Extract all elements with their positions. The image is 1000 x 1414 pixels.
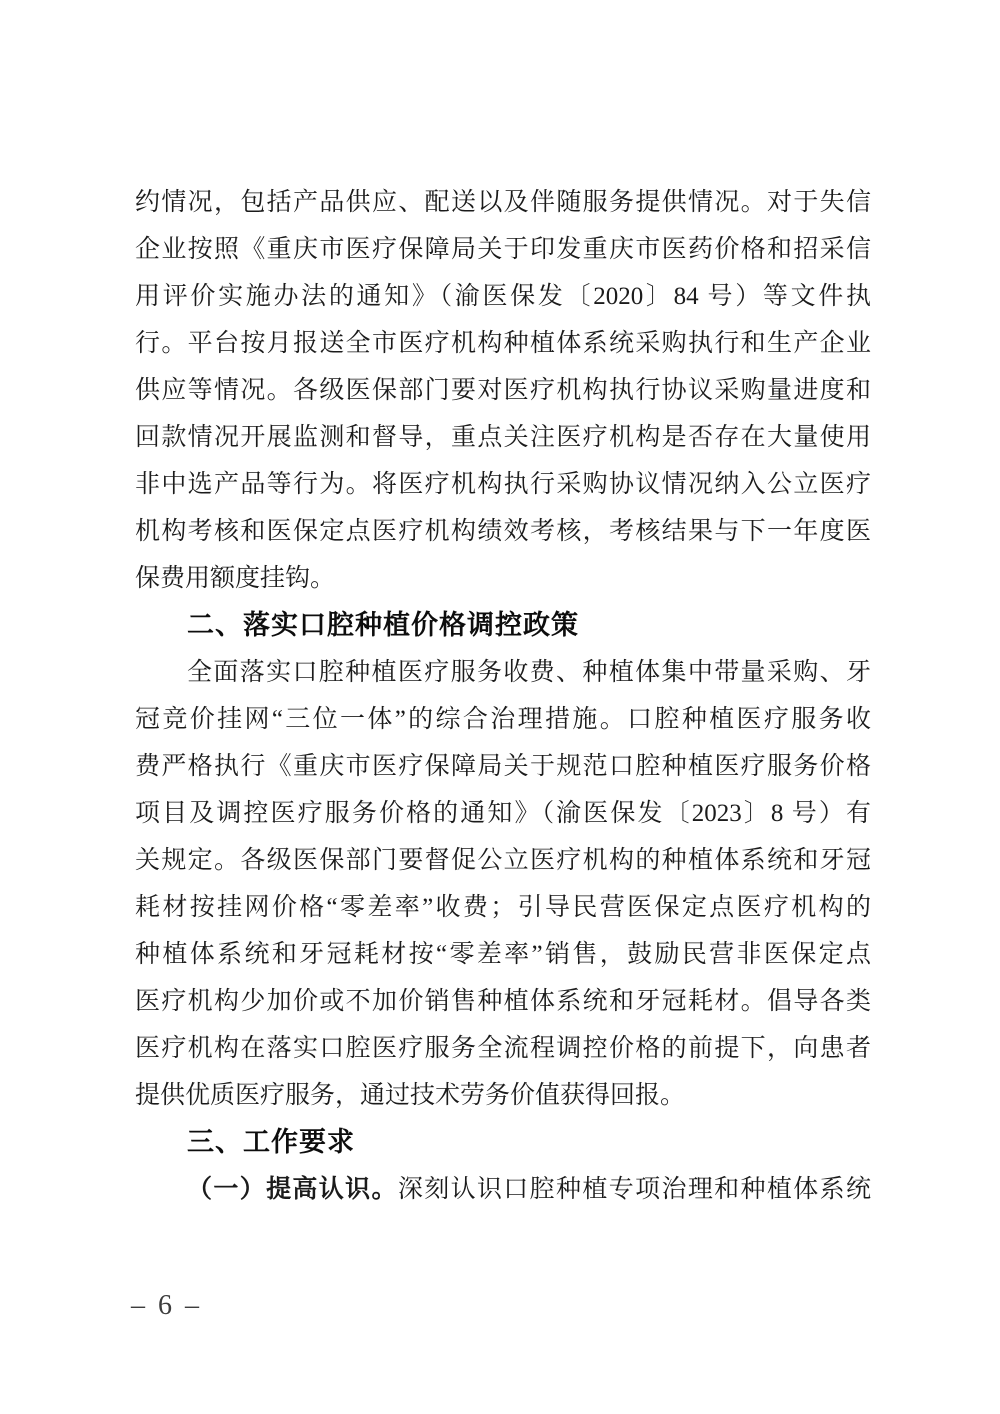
doc-line: 行。平台按月报送全市医疗机构种植体系统采购执行和生产企业 bbox=[135, 320, 871, 367]
doc-line: 机构考核和医保定点医疗机构绩效考核，考核结果与下一年度医 bbox=[135, 508, 871, 555]
doc-line: 医疗机构少加价或不加价销售种植体系统和牙冠耗材。倡导各类 bbox=[135, 978, 871, 1025]
doc-line: （一）提高认识。深刻认识口腔种植专项治理和种植体系统 bbox=[135, 1166, 871, 1213]
doc-line: 全面落实口腔种植医疗服务收费、种植体集中带量采购、牙 bbox=[135, 649, 871, 696]
doc-line: 保费用额度挂钩。 bbox=[135, 555, 871, 602]
doc-line: 关规定。各级医保部门要督促公立医疗机构的种植体系统和牙冠 bbox=[135, 837, 871, 884]
doc-line: 供应等情况。各级医保部门要对医疗机构执行协议采购量进度和 bbox=[135, 367, 871, 414]
doc-line: 耗材按挂网价格“零差率”收费；引导民营医保定点医疗机构的 bbox=[135, 884, 871, 931]
page-number: – 6 – bbox=[131, 1290, 202, 1322]
doc-line: 提供优质医疗服务，通过技术劳务价值获得回报。 bbox=[135, 1072, 871, 1119]
doc-line: 回款情况开展监测和督导，重点关注医疗机构是否存在大量使用 bbox=[135, 414, 871, 461]
doc-line: 费严格执行《重庆市医疗保障局关于规范口腔种植医疗服务价格 bbox=[135, 743, 871, 790]
section-heading-3: 三、工作要求 bbox=[135, 1119, 871, 1166]
doc-line: 冠竞价挂网“三位一体”的综合治理措施。口腔种植医疗服务收 bbox=[135, 696, 871, 743]
document-text-block: 约情况，包括产品供应、配送以及伴随服务提供情况。对于失信 企业按照《重庆市医疗保… bbox=[135, 179, 871, 1213]
doc-line: 非中选产品等行为。将医疗机构执行采购协议情况纳入公立医疗 bbox=[135, 461, 871, 508]
section-heading-2: 二、落实口腔种植价格调控政策 bbox=[135, 602, 871, 649]
doc-line: 企业按照《重庆市医疗保障局关于印发重庆市医药价格和招采信 bbox=[135, 226, 871, 273]
doc-line: 约情况，包括产品供应、配送以及伴随服务提供情况。对于失信 bbox=[135, 179, 871, 226]
doc-line: 种植体系统和牙冠耗材按“零差率”销售，鼓励民营非医保定点 bbox=[135, 931, 871, 978]
paragraph-text: 深刻认识口腔种植专项治理和种植体系统 bbox=[398, 1176, 871, 1203]
doc-line: 用评价实施办法的通知》（渝医保发〔2020〕84 号）等文件执 bbox=[135, 273, 871, 320]
paragraph-lead: （一）提高认识。 bbox=[187, 1176, 398, 1203]
document-page: { "page": { "background_color": "#ffffff… bbox=[0, 0, 1000, 1414]
doc-line: 项目及调控医疗服务价格的通知》（渝医保发〔2023〕8 号）有 bbox=[135, 790, 871, 837]
doc-line: 医疗机构在落实口腔医疗服务全流程调控价格的前提下，向患者 bbox=[135, 1025, 871, 1072]
